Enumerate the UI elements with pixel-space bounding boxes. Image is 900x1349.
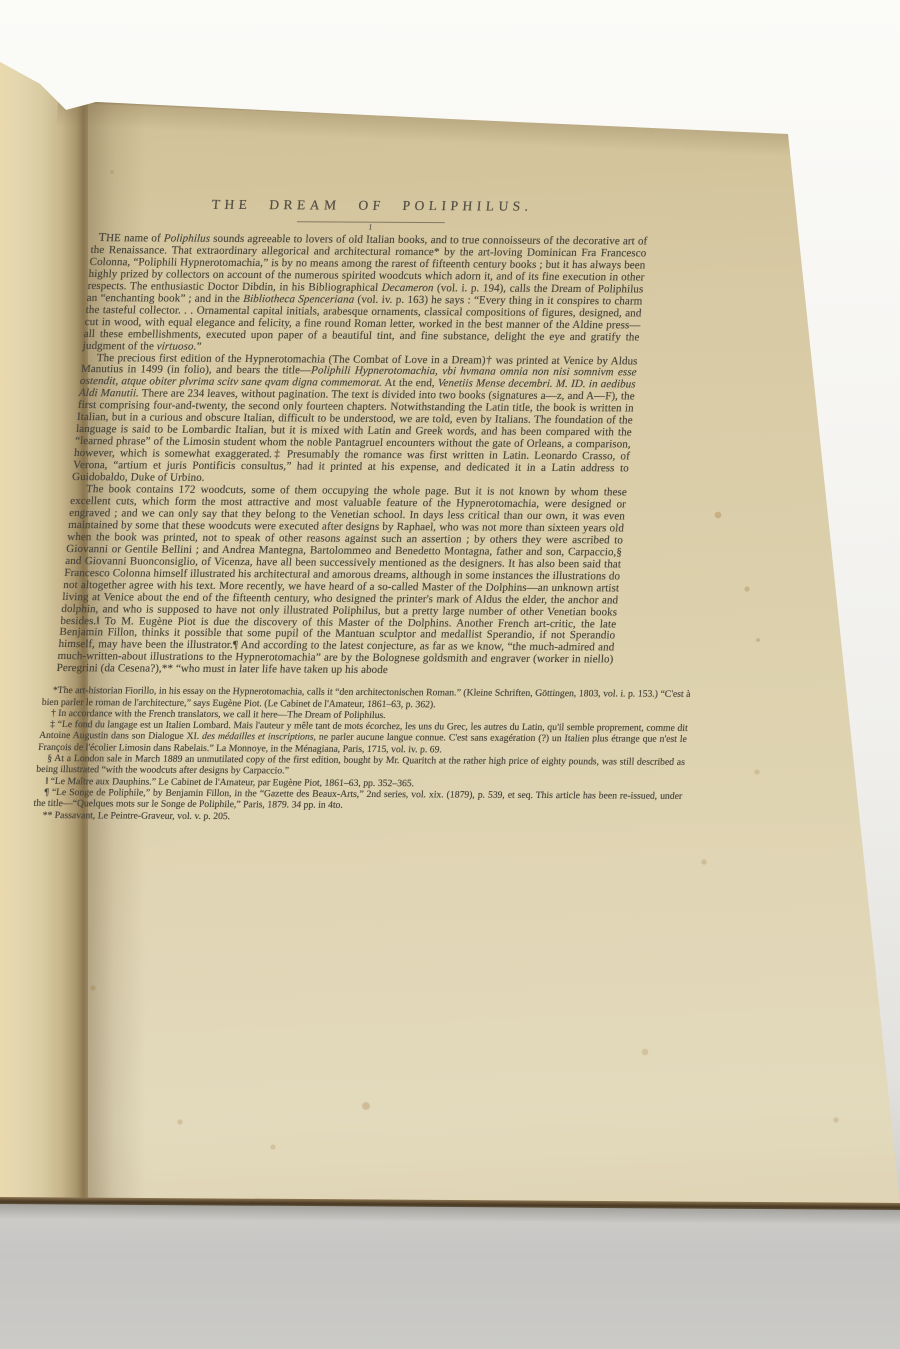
photo-of-open-book: { "colors": { "page_paper": "#ddd2ae", "… (0, 0, 900, 1349)
book-page: THE DREAM OF POLIPHILUS. I THE name of P… (0, 0, 900, 1349)
page-title: THE DREAM OF POLIPHILUS. (94, 196, 651, 214)
body-text: THE name of Poliphilus sounds agreeable … (56, 232, 648, 679)
body-paragraph: The precious first edition of the Hypner… (72, 353, 638, 488)
body-paragraph: THE name of Poliphilus sounds agreeable … (82, 232, 648, 356)
footnotes: *The art-historian Fiorillo, in his essa… (32, 685, 691, 825)
page-text-column: THE DREAM OF POLIPHILUS. I THE name of P… (44, 196, 651, 824)
footnote: ‡ “Le fond du langage est un Italien Lom… (38, 719, 688, 757)
body-paragraph: The book contains 172 woodcuts, some of … (56, 484, 627, 679)
